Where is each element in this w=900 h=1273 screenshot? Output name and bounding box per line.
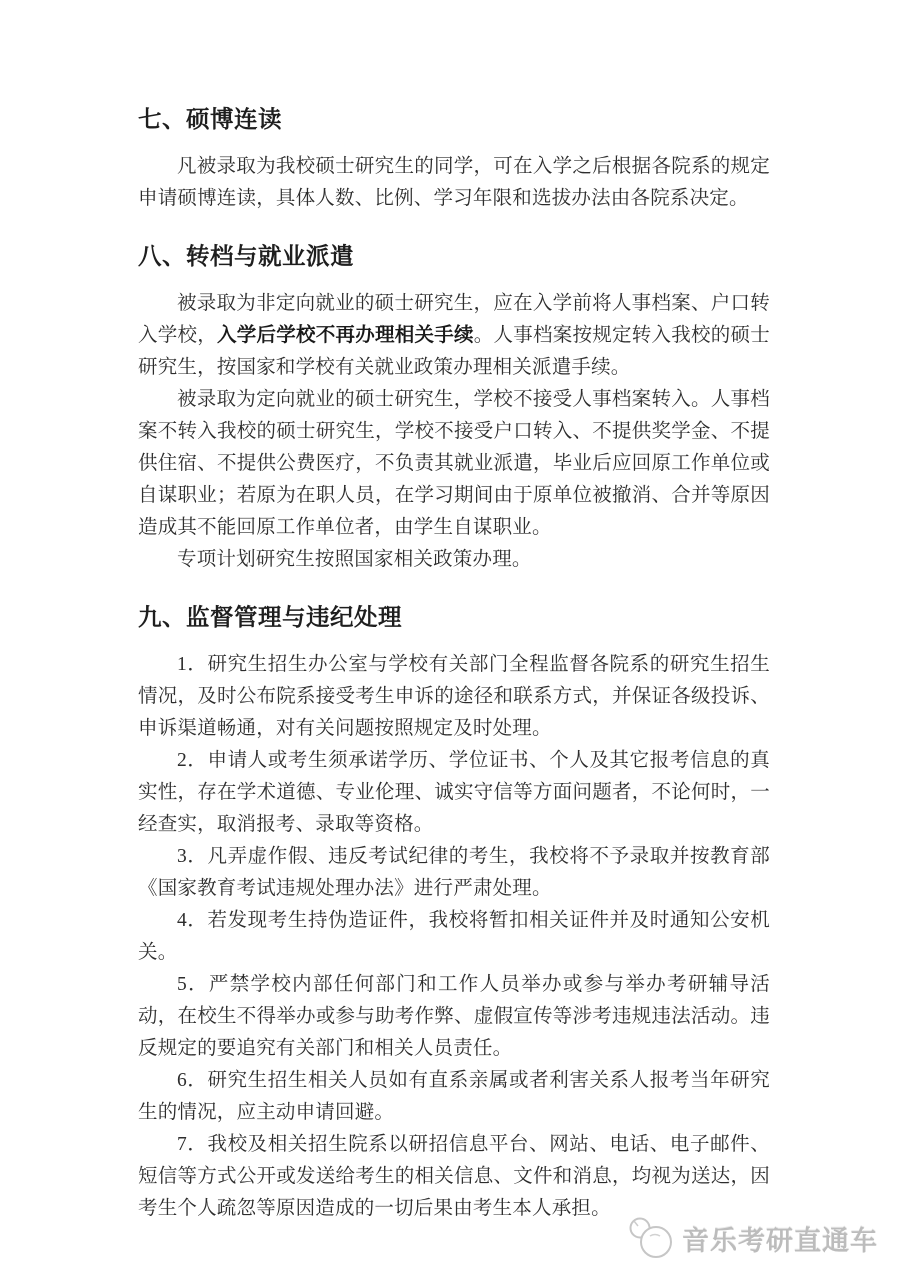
section-9-heading: 九、监督管理与违纪处理 [138, 602, 770, 632]
document-page: 七、硕博连读 凡被录取为我校硕士研究生的同学，可在入学之后根据各院系的规定申请硕… [138, 0, 770, 1225]
brand-name: 音乐考研直通车 [682, 1219, 878, 1258]
section-9-item-2: 2．申请人或考生须承诺学历、学位证书、个人及其它报考信息的真实性，存在学术道德、… [138, 745, 770, 841]
section-9-item-4: 4．若发现考生持伪造证件，我校将暂扣相关证件并及时通知公安机关。 [138, 905, 770, 969]
section-7-heading: 七、硕博连读 [138, 104, 770, 134]
section-9-item-7: 7．我校及相关招生院系以研招信息平台、网站、电话、电子邮件、短信等方式公开或发送… [138, 1129, 770, 1225]
section-9-item-5: 5．严禁学校内部任何部门和工作人员举办或参与举办考研辅导活动，在校生不得举办或参… [138, 969, 770, 1065]
bold-emphasis-text: 入学后学校不再办理相关手续 [217, 325, 474, 346]
brand-logo-icon [627, 1215, 675, 1261]
section-9: 九、监督管理与违纪处理 1．研究生招生办公室与学校有关部门全程监督各院系的研究生… [138, 602, 770, 1225]
section-8: 八、转档与就业派遣 被录取为非定向就业的硕士研究生，应在入学前将人事档案、户口转… [138, 241, 770, 576]
section-7: 七、硕博连读 凡被录取为我校硕士研究生的同学，可在入学之后根据各院系的规定申请硕… [138, 104, 770, 215]
section-7-paragraph: 凡被录取为我校硕士研究生的同学，可在入学之后根据各院系的规定申请硕博连读，具体人… [138, 151, 770, 215]
section-9-item-3: 3．凡弄虚作假、违反考试纪律的考生，我校将不予录取并按教育部《国家教育考试违规处… [138, 841, 770, 905]
section-9-item-6: 6．研究生招生相关人员如有直系亲属或者利害关系人报考当年研究生的情况，应主动申请… [138, 1065, 770, 1129]
section-9-item-1: 1．研究生招生办公室与学校有关部门全程监督各院系的研究生招生情况，及时公布院系接… [138, 649, 770, 745]
section-8-paragraph-1: 被录取为非定向就业的硕士研究生，应在入学前将人事档案、户口转入学校，入学后学校不… [138, 288, 770, 384]
section-8-paragraph-2: 被录取为定向就业的硕士研究生，学校不接受人事档案转入。人事档案不转入我校的硕士研… [138, 384, 770, 544]
section-8-paragraph-3: 专项计划研究生按照国家相关政策办理。 [138, 544, 770, 576]
section-8-heading: 八、转档与就业派遣 [138, 241, 770, 271]
brand-watermark: 音乐考研直通车 [627, 1215, 878, 1261]
